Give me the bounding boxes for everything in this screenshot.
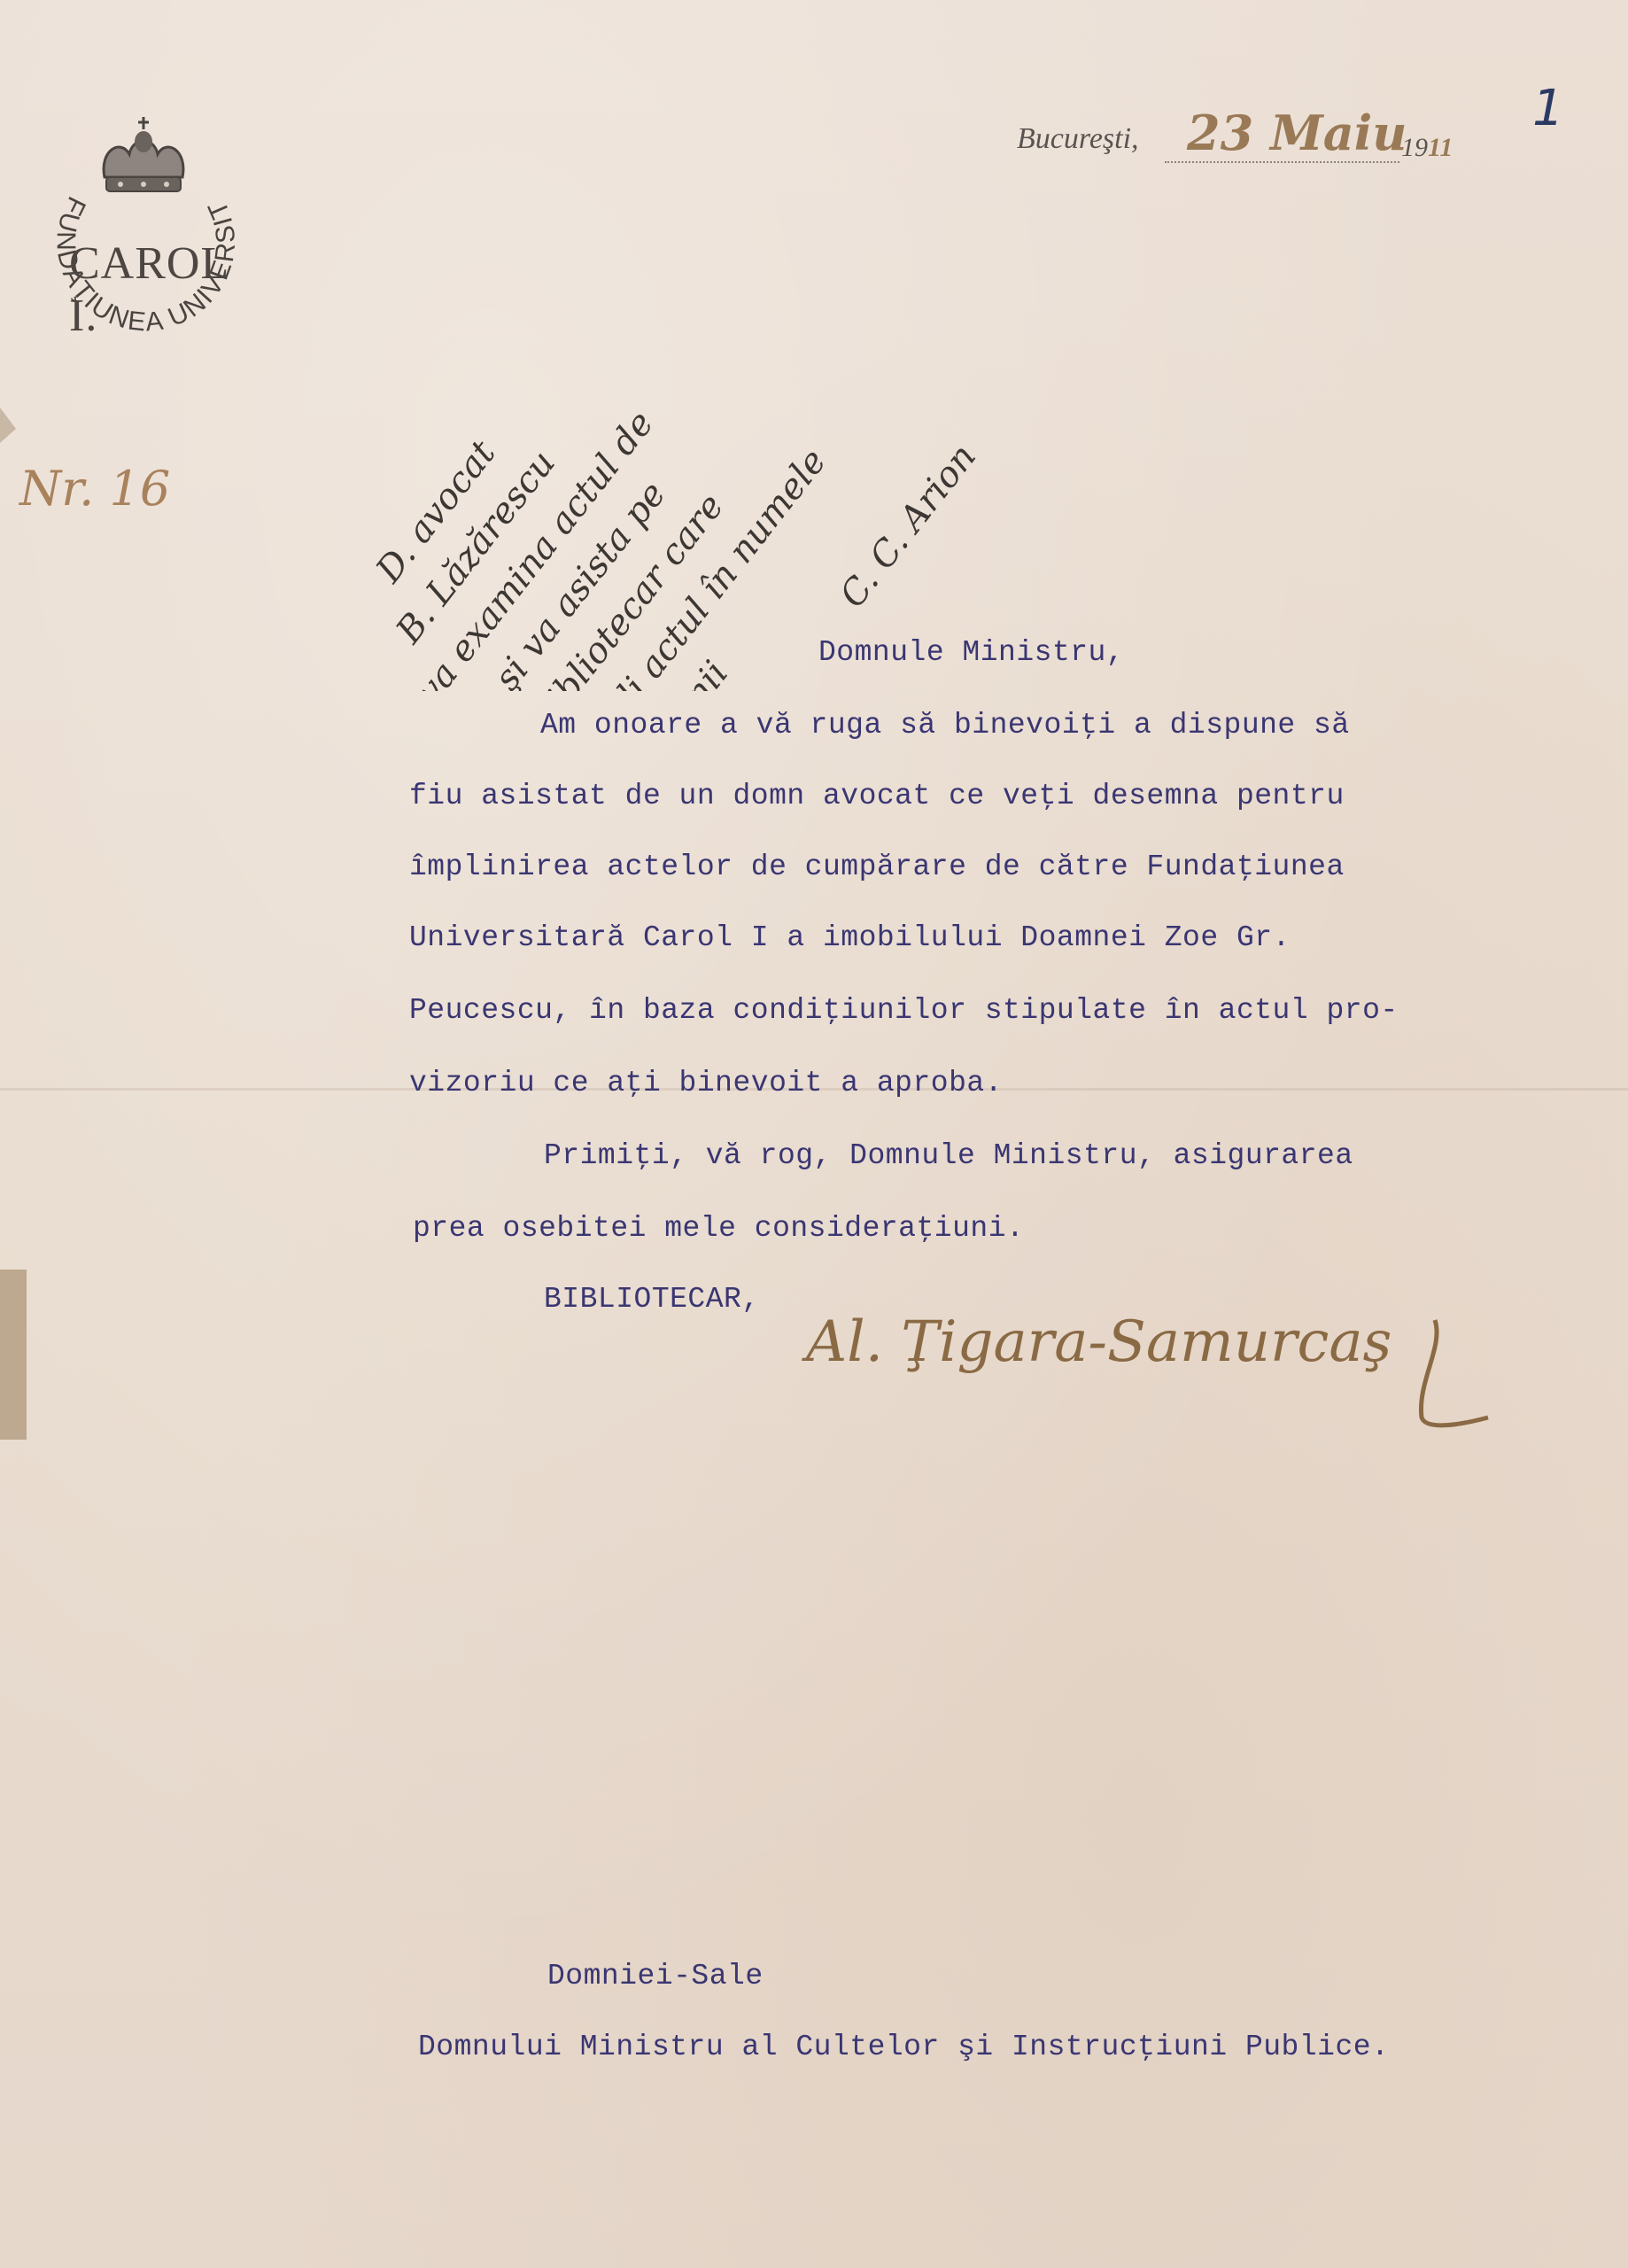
addressee-line1: Domniei-Sale [547, 1960, 764, 1992]
seal-center-text: CAROL I. [69, 237, 257, 342]
binding-tab [0, 1270, 27, 1440]
registry-number: Nr. 16 [19, 461, 170, 517]
body-line: fiu asistat de un domn avocat ce veţi de… [409, 780, 1345, 812]
date-dotted-line [1165, 161, 1399, 163]
signature-flourish [1399, 1311, 1497, 1435]
signer-title: BIBLIOTECAR, [544, 1283, 760, 1316]
marginal-note: D. avocat B. Lăzărescu va examina actul … [266, 159, 1063, 691]
body-line: împlinirea actelor de cumpărare de către… [409, 850, 1345, 883]
handwritten-signature: Al. Ţigara-Samurcaş [806, 1309, 1392, 1375]
body-line: vizoriu ce aţi binevoit a aproba. [409, 1067, 1003, 1099]
date-year: 1911 [1401, 133, 1453, 163]
year-printed: 19 [1401, 133, 1428, 162]
year-hand: 11 [1428, 133, 1453, 162]
body-line: Universitară Carol I a imobilului Doamne… [409, 921, 1291, 954]
body-line: Peucescu, în baza condiţiunilor stipulat… [409, 994, 1399, 1027]
note-signature: C. C. Arion [833, 437, 985, 616]
closing-line: prea osebitei mele consideraţiuni. [413, 1212, 1024, 1245]
date-handwritten: 23 Maiu [1187, 105, 1407, 161]
date-place: Bucureşti, [1017, 122, 1139, 156]
closing-line: Primiţi, vă rog, Domnule Ministru, asigu… [544, 1139, 1353, 1172]
body-line: Am onoare a vă ruga să binevoiţi a dispu… [540, 709, 1350, 742]
university-foundation-seal: FUNDAŢIUNEA UNIVERSITARĂ CAROL I. [35, 106, 257, 372]
addressee-line2: Domnului Ministru al Cultelor şi Instruc… [418, 2031, 1389, 2063]
page-number: 1 [1532, 80, 1564, 137]
salutation: Domnule Ministru, [818, 636, 1124, 669]
